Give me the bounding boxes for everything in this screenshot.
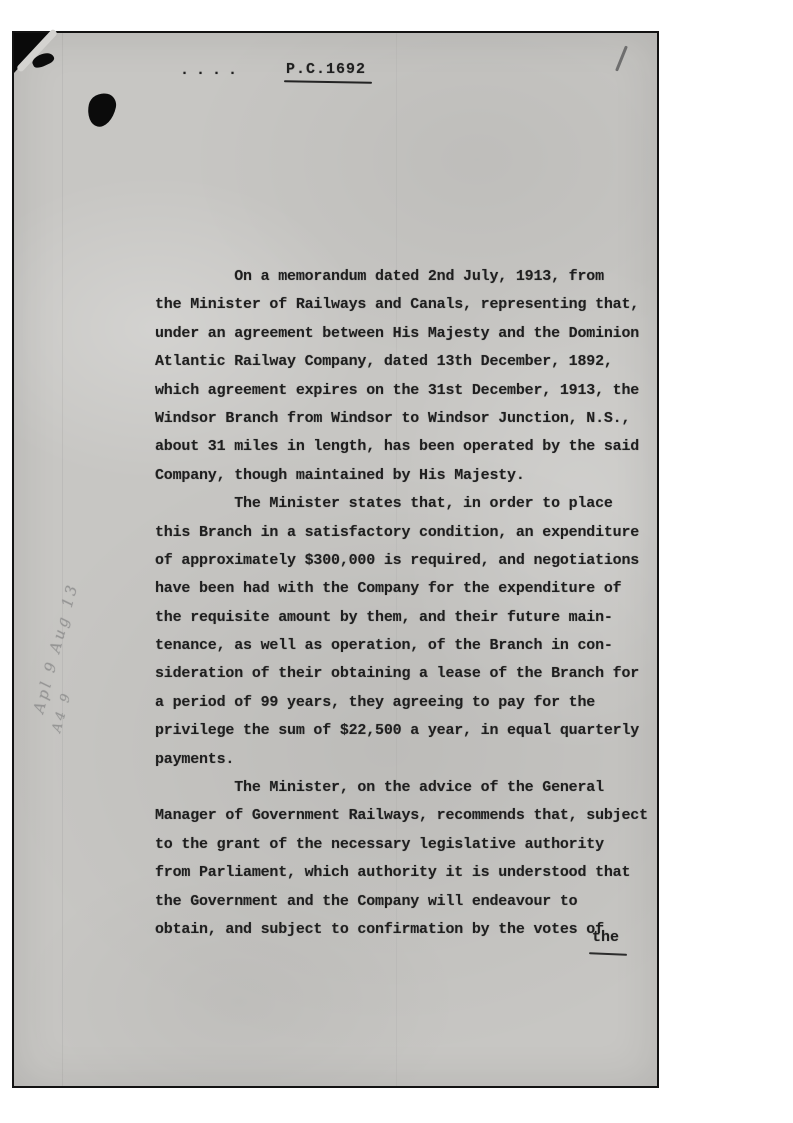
scan-background: .... P.C.1692 On a memorandum dated 2nd … — [0, 0, 793, 1123]
leader-dots: .... — [180, 63, 244, 78]
typed-line: the Government and the Company will ende… — [155, 888, 648, 916]
typed-line: The Minister states that, in order to pl… — [155, 490, 648, 518]
typed-line: The Minister, on the advice of the Gener… — [155, 774, 648, 802]
typed-line: Company, though maintained by His Majest… — [155, 462, 648, 490]
typed-line: of approximately $300,000 is required, a… — [155, 547, 648, 575]
typed-line: payments. — [155, 746, 648, 774]
typed-line: sideration of their obtaining a lease of… — [155, 660, 648, 688]
typed-line: the Minister of Railways and Canals, rep… — [155, 291, 648, 319]
typed-body: On a memorandum dated 2nd July, 1913, fr… — [155, 263, 648, 944]
document-number-underline — [284, 80, 372, 84]
typed-line: Atlantic Railway Company, dated 13th Dec… — [155, 348, 648, 376]
pencil-margin-note: A4 9 — [50, 689, 75, 734]
typed-line: from Parliament, which authority it is u… — [155, 859, 648, 887]
catchword-underline — [589, 952, 627, 956]
typed-line: Windsor Branch from Windsor to Windsor J… — [155, 405, 648, 433]
typed-line: the requisite amount by them, and their … — [155, 604, 648, 632]
typed-line: have been had with the Company for the e… — [155, 575, 648, 603]
document-page: .... P.C.1692 On a memorandum dated 2nd … — [12, 31, 659, 1088]
typed-line: under an agreement between His Majesty a… — [155, 320, 648, 348]
catchword: the — [592, 930, 619, 946]
typed-line: obtain, and subject to confirmation by t… — [155, 916, 648, 944]
typed-line: a period of 99 years, they agreeing to p… — [155, 689, 648, 717]
ink-blot-large — [85, 91, 118, 130]
typed-line: which agreement expires on the 31st Dece… — [155, 377, 648, 405]
paper-crease — [62, 33, 63, 1086]
document-number: P.C.1692 — [286, 62, 366, 78]
typed-line: privilege the sum of $22,500 a year, in … — [155, 717, 648, 745]
handwritten-page-number — [615, 45, 628, 71]
typed-line: tenance, as well as operation, of the Br… — [155, 632, 648, 660]
typed-line: Manager of Government Railways, recommen… — [155, 802, 648, 830]
typed-line: to the grant of the necessary legislativ… — [155, 831, 648, 859]
typed-line: On a memorandum dated 2nd July, 1913, fr… — [155, 263, 648, 291]
typed-line: about 31 miles in length, has been opera… — [155, 433, 648, 461]
typed-line: this Branch in a satisfactory condition,… — [155, 519, 648, 547]
